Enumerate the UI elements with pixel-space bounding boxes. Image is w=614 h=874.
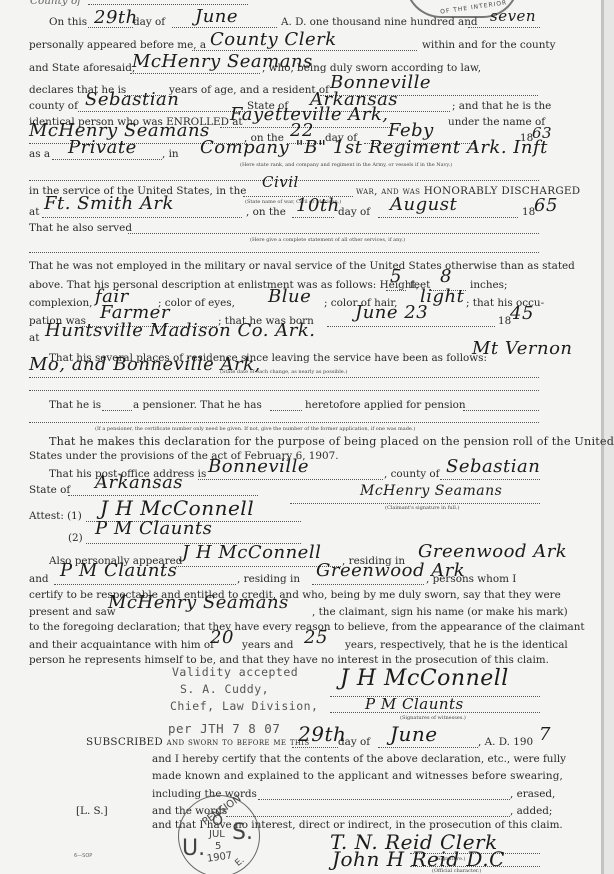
under-name-label: under the name of — [448, 117, 545, 127]
appeared-label: personally appeared before me, a — [29, 40, 206, 50]
born-year-value: 45 — [510, 305, 534, 323]
jurat-certify-2: made known and explained to the applican… — [152, 771, 563, 781]
jurat-certify-1: and I hereby certify that the contents o… — [152, 754, 566, 764]
born-at-label: at — [29, 333, 39, 343]
born-date-field — [327, 326, 495, 327]
postmark-right: S. — [232, 822, 253, 844]
inches-label: inches; — [470, 280, 508, 290]
pension-has-field — [270, 410, 302, 411]
added-field — [226, 816, 510, 817]
county-of-field — [78, 111, 245, 112]
subscribed-label: SUBSCRIBED and sworn to before me this — [86, 737, 309, 747]
war-value: Civil — [262, 175, 299, 190]
po-county-value: Sebastian — [446, 458, 540, 476]
po-county-field — [440, 479, 540, 480]
validity-stamp-line-1: Validity accepted — [172, 667, 298, 679]
applied-field — [463, 410, 539, 411]
present-claimant-name: McHenry Seamans — [108, 594, 289, 612]
declaration-year: seven — [490, 9, 536, 24]
pension-declaration-page: OF THE INTERIOR County of On this 29th d… — [0, 0, 614, 874]
state-aforesaid-label: and State aforesaid, — [29, 63, 135, 73]
respectively-label: years, respectively, that he is the iden… — [345, 640, 568, 650]
claimant-sign-label: , the claimant, sign his name (or make h… — [312, 607, 568, 617]
claimant-signature-hint: (Claimant's signature in full.) — [385, 506, 459, 511]
years-and-label: years and — [242, 640, 293, 650]
county-of-label: county of — [29, 101, 78, 111]
above-label: above. That his personal description at … — [29, 280, 419, 290]
witness-1-residence: Greenwood Ark — [418, 543, 567, 561]
form-number: 6—SOP — [74, 853, 92, 859]
pension-is-field — [102, 410, 132, 411]
witness-2-name-field — [54, 584, 236, 585]
at-label: at — [29, 207, 39, 217]
claimant-field — [130, 73, 260, 74]
identical-label: ; and that he is the — [452, 101, 551, 111]
witness-signature-1: J H McConnell — [340, 668, 509, 690]
po-state-label: State of — [29, 485, 70, 495]
in-label: , in — [162, 149, 179, 159]
jurat-year: 7 — [539, 726, 551, 744]
rank-value: Private — [68, 139, 137, 157]
erased-suffix: , erased, — [510, 789, 555, 799]
validity-stamp-line-2: S. A. Cuddy, — [180, 684, 269, 696]
jurat-month: June — [390, 724, 438, 744]
day-of-label: day of — [133, 17, 165, 27]
discharge-month-value: August — [390, 196, 457, 214]
postmark-month: JUL — [209, 830, 225, 840]
also-served-field — [128, 233, 539, 234]
discharge-day-of-label: day of — [338, 207, 370, 217]
declaration-day: 29th — [94, 9, 138, 27]
erased-field — [258, 799, 510, 800]
official-character-hint: (Official character.) — [432, 869, 481, 874]
postmark-day: 5 — [215, 842, 221, 852]
born-place-value: Huntsville Madison Co. Ark. — [45, 322, 315, 340]
years-label: years of age, and a resident of — [169, 85, 329, 95]
within-label: within and for the county — [422, 40, 555, 50]
po-state-value: Arkansas — [95, 474, 183, 492]
discharge-place-value: Ft. Smith Ark — [44, 195, 174, 213]
also-served-continuation — [29, 252, 539, 253]
po-county-label: , county of — [384, 469, 440, 479]
added-suffix: , added; — [510, 806, 552, 816]
eyes-value: Blue — [268, 288, 311, 306]
acquaintance-label: and their acquaintance with him of — [29, 640, 214, 650]
also-served-hint: (Here give a complete statement of all o… — [250, 238, 405, 243]
claimant-signature: McHenry Seamans — [360, 484, 502, 498]
witness-1-name: J H McConnell — [182, 544, 321, 562]
discharge-month-field — [378, 217, 518, 218]
county-of-value: Sebastian — [85, 91, 179, 109]
attest-witness-2: P M Claunts — [95, 520, 212, 538]
also-served-label: That he also served — [29, 223, 132, 233]
represents-text: person he represents himself to be, and … — [29, 655, 549, 665]
applied-continuation — [29, 422, 539, 423]
year-field — [468, 27, 540, 28]
unit-hint: (Here state rank, and company and regime… — [240, 163, 452, 168]
attest-label: Attest: (1) — [29, 511, 82, 521]
discharge-place-field — [42, 217, 242, 218]
jurat-day-field — [292, 747, 338, 748]
height-feet-field — [386, 290, 406, 291]
pension-hint: (If a pensioner, the certificate number … — [95, 427, 415, 432]
years-1-value: 20 — [210, 629, 234, 647]
jurat-ad-label: , A. D. 190 — [478, 737, 533, 747]
postmark-letter: O — [212, 814, 223, 828]
officer-value: County Clerk — [210, 31, 337, 49]
ls-label: [L. S.] — [76, 806, 108, 816]
attest-witness-1: J H McConnell — [100, 498, 254, 518]
county-field — [88, 4, 248, 5]
claimant-signature-field — [290, 503, 540, 504]
postmark-left: U. — [182, 838, 205, 860]
discharge-on-label: , on the — [246, 207, 286, 217]
as-a-label: as a — [29, 149, 50, 159]
discharge-day-value: 10th — [296, 197, 340, 215]
years-2-value: 25 — [304, 629, 328, 647]
and-label: and — [29, 574, 49, 584]
residing-label-2: , residing in — [237, 574, 300, 584]
complexion-label: complexion, — [29, 298, 93, 308]
month-field — [172, 27, 277, 28]
ad-label: A. D. one thousand nine hundred and — [281, 17, 478, 27]
discharge-day-field — [292, 217, 334, 218]
county-label: County of — [30, 0, 81, 6]
validity-stamp-line-4: per JTH 7 8 07 — [168, 723, 280, 736]
witness-signature-hint: (Signatures of witnesses.) — [400, 716, 466, 721]
witness-signature-2: P M Claunts — [365, 697, 464, 712]
rank-field — [52, 159, 162, 160]
born-date-value: June 23 — [355, 304, 428, 322]
jurat-day-of-label: day of — [338, 737, 370, 747]
witness-2-name: P M Claunts — [60, 562, 177, 580]
on-this-label: On this — [49, 17, 87, 27]
residences-hint: (State date of each change, as nearly as… — [220, 370, 347, 375]
pensioner-label: a pensioner. That he has — [133, 400, 262, 410]
discharge-year-value: 65 — [534, 197, 558, 215]
purpose-text: That he makes this declaration for the p… — [49, 436, 614, 447]
unit-value: Company "B" 1st Regiment Ark. Inft — [200, 139, 548, 157]
height-feet-value: 5 — [390, 268, 402, 286]
present-label: present and saw — [29, 607, 116, 617]
po-value: Bonneville — [208, 458, 309, 476]
persons-label: , persons whom I — [426, 574, 516, 584]
residences-continuation — [29, 390, 539, 391]
not-employed-text: That he was not employed in the military… — [29, 261, 575, 271]
height-inches-value: 8 — [440, 268, 452, 286]
pension-is-label: That he is — [49, 400, 101, 410]
witness-2-residence-field — [312, 584, 424, 585]
residences-field — [29, 377, 539, 378]
attest-2-label: (2) — [68, 533, 83, 543]
applied-label: heretofore applied for pension — [305, 400, 466, 410]
official-character: John H Reid D.C — [332, 849, 505, 869]
jurat-month-field — [378, 747, 478, 748]
declaration-month: June — [195, 8, 238, 26]
residences-value-1: Mt Vernon — [472, 340, 573, 358]
po-field — [198, 479, 383, 480]
validity-stamp-line-3: Chief, Law Division, — [170, 701, 318, 713]
